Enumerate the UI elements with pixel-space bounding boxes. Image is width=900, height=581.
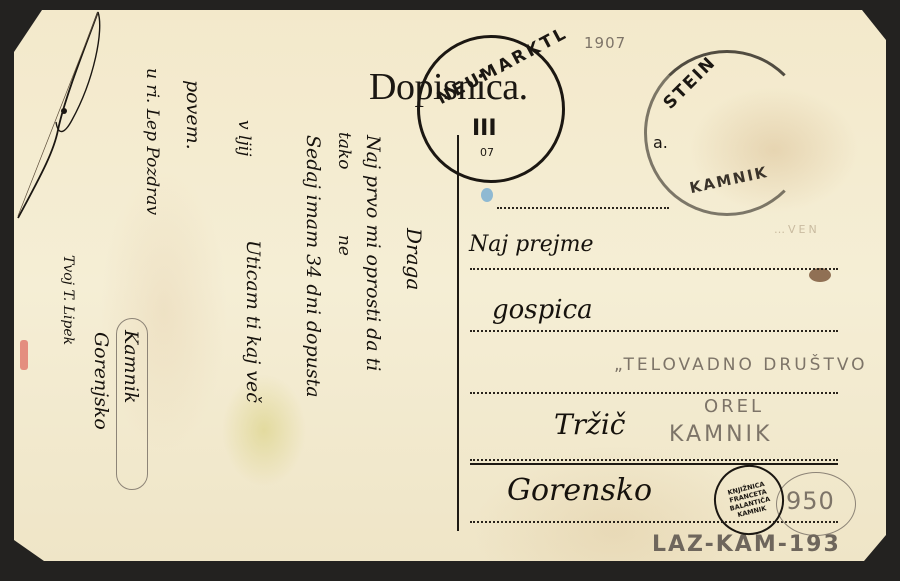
message-line-4: Uticam ti kaj več (242, 240, 264, 403)
red-mark (20, 340, 28, 370)
address-line-2 (470, 330, 838, 332)
center-divider (457, 135, 459, 531)
address-region: Gorensko (507, 473, 652, 508)
library-stamp: KNJIŽNICA FRANCETA BALANTIČA KAMNIK (707, 458, 792, 543)
pencil-org-city: KAMNIK (669, 422, 772, 447)
pencil-organization: „TELOVADNO DRUŠTVO (614, 355, 868, 375)
message-closing-region: Gorenjsko (90, 332, 112, 430)
message-line-5: v ljij (234, 120, 254, 156)
brown-spot (809, 268, 831, 282)
message-line-2: tako ne (334, 132, 354, 256)
address-underline (470, 463, 838, 465)
postmark-kamnik-text: KAMNIK (688, 163, 770, 197)
postmark-neumarktl-detail: III (472, 116, 497, 141)
address-recipient: gospica (492, 295, 593, 325)
message-line-6: povem. (182, 80, 204, 150)
closing-circle (116, 318, 148, 490)
pencil-signature-code: LAZ-KAM-193 (652, 532, 841, 557)
message-line-1: Naj prvo mi oprosti da ti (362, 135, 384, 371)
blue-dot (481, 188, 493, 202)
postmark-stein-kamnik: STEIN a. KAMNIK (644, 50, 810, 216)
address-line-1 (470, 268, 838, 270)
address-line-4 (470, 459, 838, 461)
message-signature: Tvoj T. Lipek (60, 255, 76, 345)
address-recipient-label: Naj prejme (469, 232, 594, 257)
pencil-catalog-number: 950 (786, 487, 835, 515)
postmark-stein-text: STEIN (660, 53, 721, 114)
ink-flourish (14, 10, 114, 230)
postmark-stein-a: a. (653, 133, 668, 152)
message-closing-1: u ri. Lep Pozdrav (142, 68, 162, 215)
message-line-3: Sedaj imam 34 dni dopusta (302, 135, 324, 398)
postmark-neumarktl-year: 07 (480, 146, 494, 159)
pencil-faint-trace: …VEN (774, 223, 820, 236)
postmark-neumarktl-text: NEUMARKTL (434, 23, 572, 109)
address-line-3 (470, 392, 838, 394)
address-town: Tržič (554, 408, 625, 441)
pencil-year: 1907 (584, 34, 626, 52)
postmark-neumarktl: NEUMARKTL III 07 (417, 35, 565, 183)
message-salutation: Draga (402, 228, 426, 290)
stamp-line (497, 207, 669, 209)
postcard-back: Dopisnica. Naj prejme gospica Tržič Gore… (14, 10, 886, 561)
pencil-org-name: OREL (704, 396, 764, 417)
